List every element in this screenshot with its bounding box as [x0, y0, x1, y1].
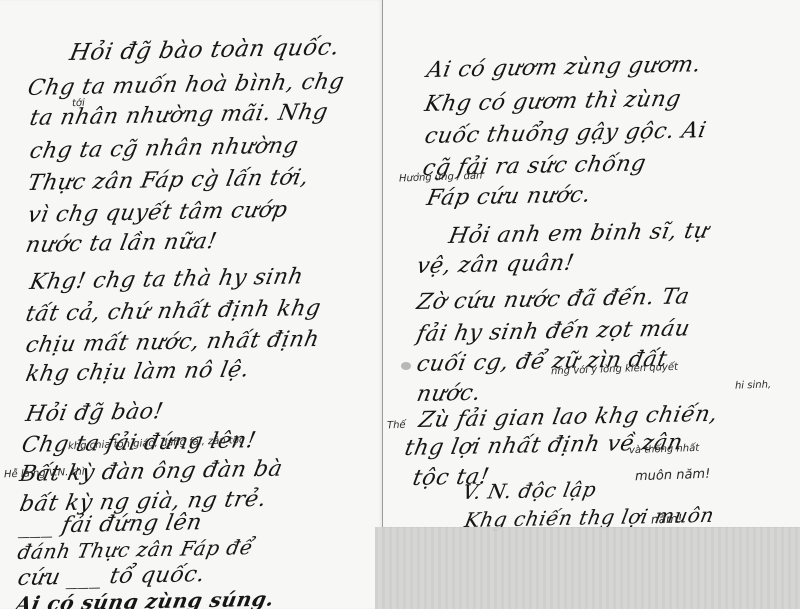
- manuscript-line: nước ta lần nữa!: [24, 229, 219, 258]
- manuscript-line: chg ta cg̃ nhân nhường: [28, 133, 301, 164]
- margin-note: Thế: [387, 420, 406, 432]
- manuscript-line: vì chg quyết tâm cướp: [26, 198, 290, 228]
- manuscript-line: vệ, zân quân!: [415, 251, 577, 279]
- salutation-line: Hỏi đg̃ bào toàn quốc.: [68, 34, 342, 66]
- manuscript-line: tất cả, chứ nhất định khg: [24, 296, 323, 327]
- manuscript-line: Ai có gươm zùng gươm.: [425, 52, 704, 83]
- background-paper-surface: [375, 527, 800, 609]
- manuscript-line: Khg! chg ta thà hy sinh: [28, 264, 306, 295]
- manuscript-line: fải hy sinh đến zọt máu: [415, 316, 693, 347]
- manuscript-line: V. N. độc lập: [461, 477, 599, 504]
- manuscript-line: chịu mất nước, nhất định: [24, 327, 322, 358]
- manuscript-line: khg chịu làm nô lệ.: [24, 357, 252, 387]
- manuscript-line: đánh Thực zân Fáp để: [16, 535, 256, 564]
- left-manuscript-page: Hỏi đg̃ bào toàn quốc. Chg ta muốn hoà b…: [0, 0, 383, 609]
- manuscript-line: ___ fải đứng lên: [18, 510, 205, 539]
- ink-blot: [401, 362, 411, 370]
- margin-note: năm!: [651, 511, 683, 526]
- manuscript-line: ta nhân nhường mãi. Nhg: [28, 100, 331, 131]
- manuscript-line: Hỏi đg̃ bào!: [24, 399, 166, 427]
- manuscript-line: Zù fải gian lao khg chiến,: [417, 402, 720, 433]
- margin-note: hi sinh,: [735, 379, 772, 391]
- margin-note: muôn năm!: [635, 467, 711, 485]
- manuscript-line: Thực zân Fáp cg̀ lấn tới,: [26, 165, 311, 196]
- manuscript-line: Hỏi anh em binh sĩ, tự: [447, 219, 711, 249]
- manuscript-line: cứu ___ tổ quốc.: [16, 562, 208, 591]
- manuscript-line: Zờ cứu nước đã đến. Ta: [415, 284, 692, 315]
- margin-note: và thống nhất: [629, 443, 700, 456]
- manuscript-line: nước.: [415, 381, 483, 407]
- manuscript-line: Khg có gươm thì zùng: [423, 87, 684, 117]
- manuscript-line: Chg ta muốn hoà bình, chg: [26, 69, 347, 101]
- manuscript-line: cuốc thuổng gậy gộc. Ai: [423, 118, 709, 149]
- margin-note: Hưởng ứng / dân: [399, 171, 483, 185]
- manuscript-line: Fáp cứu nước.: [425, 183, 593, 211]
- right-manuscript-page: Ai có gươm zùng gươm. Khg có gươm thì zù…: [383, 0, 800, 528]
